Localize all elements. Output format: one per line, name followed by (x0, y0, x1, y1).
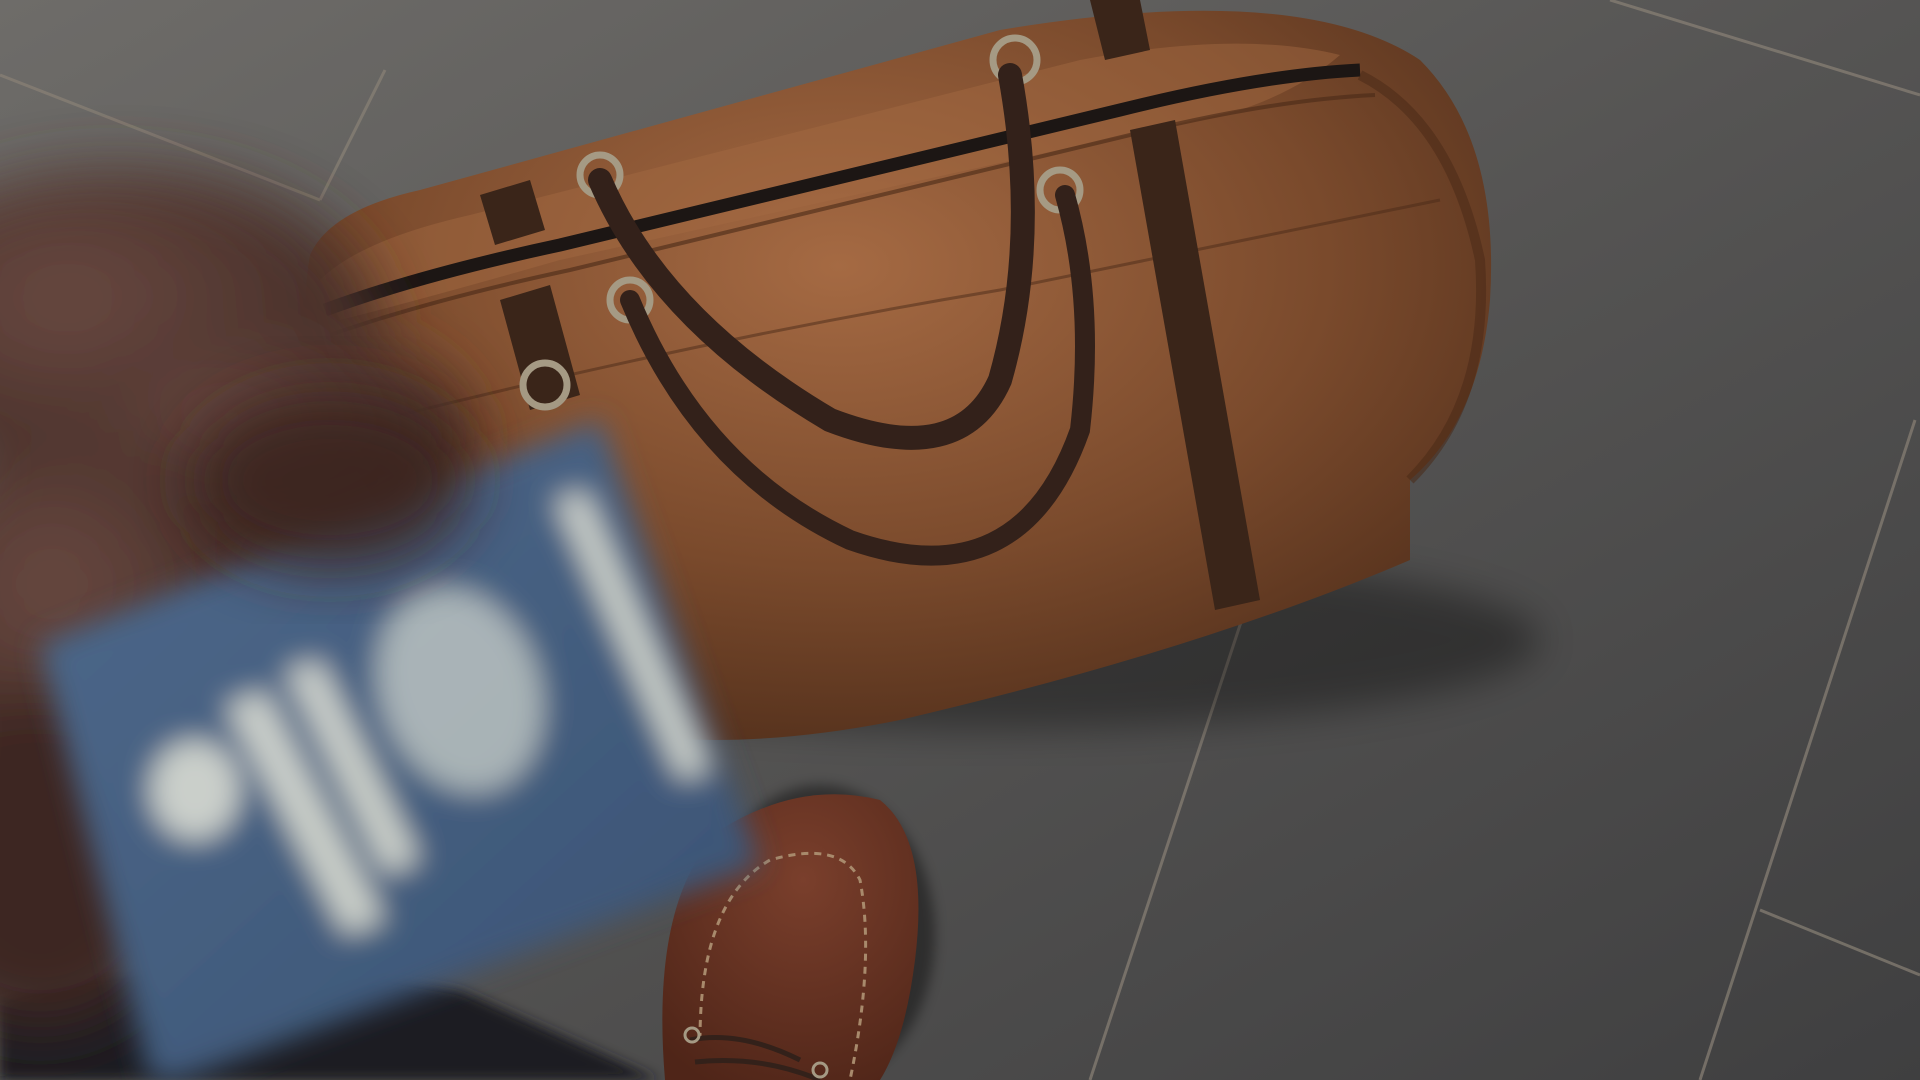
photo-scene: Overhead photo of a brown leather duffel… (0, 0, 1920, 1080)
photo-illustration (0, 0, 1920, 1080)
